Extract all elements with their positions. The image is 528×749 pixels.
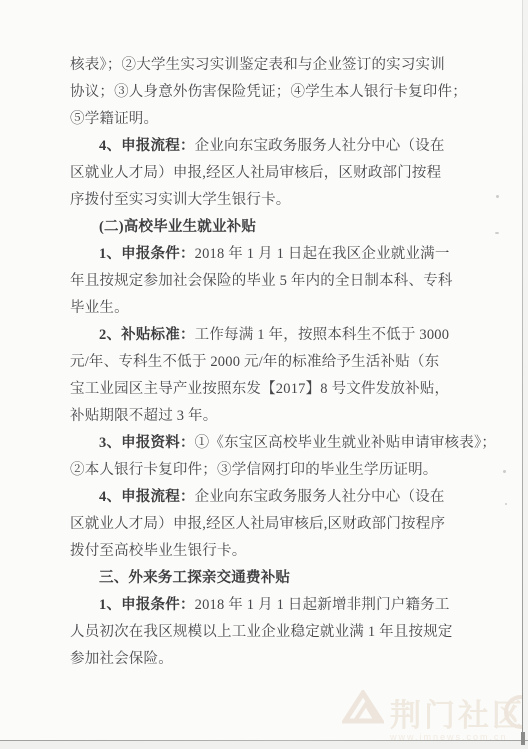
text-segment: 元/年、专科生不低于 2000 元/年的标准给予生活补贴（东 [70,354,439,370]
watermark-text: 荆门社区 [390,701,526,731]
text-line: 人员初次在我区规模以上工业企业稳定就业满 1 年且按规定 [70,619,462,646]
text-segment: 核表》；②大学生实习实训鉴定表和与企业签订的实习实训 [70,57,445,73]
text-line: 元/年、专科生不低于 2000 元/年的标准给予生活补贴（东 [70,349,462,376]
document-text: 核表》；②大学生实习实训鉴定表和与企业签订的实习实训协议；③人身意外伤害保险凭证… [70,52,462,673]
text-segment: 参加社会保险。 [70,651,173,667]
mountain-triangle-logo-icon [342,690,384,729]
text-segment: 年且按规定参加社会保险的毕业 5 年内的全日制本科、专科 [70,273,453,289]
scan-speck [505,503,507,505]
text-segment-bold: 4、申报流程： [99,489,195,505]
text-segment: 2018 年 1 月 1 日起在我区企业就业满一 [195,246,450,262]
text-line: 序拨付至实习实训大学生银行卡。 [70,187,462,214]
text-segment-bold: 1、申报条件： [99,246,195,262]
text-segment: 拨付至高校毕业生银行卡。 [70,543,246,559]
text-segment: 毕业生。 [70,300,129,316]
text-line: 1、申报条件：2018 年 1 月 1 日起在我区企业就业满一 [70,241,462,268]
text-line: 宝工业园区主导产业按照东发【2017】8 号文件发放补贴， [70,376,462,403]
text-line: 1、申报条件：2018 年 1 月 1 日起新增非荆门户籍务工 [70,592,462,619]
scan-right-edge-line [522,0,523,749]
text-line: 三、外来务工探亲交通费补贴 [70,565,462,592]
text-line: 区就业人才局）申报,经区人社局审核后，区财政部门按程 [70,160,462,187]
scan-corner-mark [521,732,525,745]
text-line: 4、申报流程：企业向东宝政务服务人社分中心（设在 [70,484,462,511]
text-line: ②本人银行卡复印件；③学信网打印的毕业生学历证明。 [70,457,462,484]
scanned-document-page: 核表》；②大学生实习实训鉴定表和与企业签订的实习实训协议；③人身意外伤害保险凭证… [0,0,528,749]
watermark: 荆门社区 www.jmnews.com.cn [342,690,526,743]
text-segment: 区就业人才局）申报,经区人社局审核后,区财政部门按程序 [70,516,445,532]
scan-right-margin-strip [523,0,528,749]
text-segment-bold: 4、申报流程： [99,138,195,154]
text-line: 4、申报流程：企业向东宝政务服务人社分中心（设在 [70,133,462,160]
text-segment: 序拨付至实习实训大学生银行卡。 [70,192,291,208]
text-line: (二)高校毕业生就业补贴 [70,214,462,241]
text-segment: 补贴期限不超过 3 年。 [70,408,217,424]
text-segment: 工作每满 1 年，按照本科生不低于 3000 [195,327,450,343]
text-line: 区就业人才局）申报,经区人社局审核后,区财政部门按程序 [70,511,462,538]
text-segment: 协议；③人身意外伤害保险凭证；④学生本人银行卡复印件； [70,84,467,100]
text-segment-bold: (二)高校毕业生就业补贴 [99,219,256,235]
text-segment: 企业向东宝政务服务人社分中心（设在 [195,138,445,154]
text-segment-bold: 2、补贴标准： [99,327,195,343]
text-segment: ①《东宝区高校毕业生就业补贴申请审核表》； [195,435,496,451]
text-segment-bold: 1、申报条件： [99,597,195,613]
text-line: 核表》；②大学生实习实训鉴定表和与企业签订的实习实训 [70,52,462,79]
text-line: 协议；③人身意外伤害保险凭证；④学生本人银行卡复印件； [70,79,462,106]
text-line: 拨付至高校毕业生银行卡。 [70,538,462,565]
text-segment: 2018 年 1 月 1 日起新增非荆门户籍务工 [195,597,450,613]
text-line: 年且按规定参加社会保险的毕业 5 年内的全日制本科、专科 [70,268,462,295]
text-segment: 区就业人才局）申报,经区人社局审核后，区财政部门按程 [70,165,441,181]
text-line: 毕业生。 [70,295,462,322]
scan-speck [503,470,506,473]
text-segment: 企业向东宝政务服务人社分中心（设在 [195,489,445,505]
text-segment: ⑤学籍证明。 [70,111,158,127]
text-segment-bold: 三、外来务工探亲交通费补贴 [99,570,290,586]
text-segment-bold: 3、申报资料： [99,435,195,451]
text-line: 参加社会保险。 [70,646,462,673]
watermark-text-column: 荆门社区 www.jmnews.com.cn [390,701,526,743]
scan-speck [495,232,499,234]
text-segment: 人员初次在我区规模以上工业企业稳定就业满 1 年且按规定 [70,624,453,640]
text-line: 2、补贴标准：工作每满 1 年，按照本科生不低于 3000 [70,322,462,349]
scan-speck [496,195,499,198]
text-line: 3、申报资料：①《东宝区高校毕业生就业补贴申请审核表》； [70,430,462,457]
text-line: 补贴期限不超过 3 年。 [70,403,462,430]
text-segment: ②本人银行卡复印件；③学信网打印的毕业生学历证明。 [70,462,438,478]
text-segment: 宝工业园区主导产业按照东发【2017】8 号文件发放补贴， [70,381,449,397]
scan-bottom-margin-strip [0,741,528,749]
text-line: ⑤学籍证明。 [70,106,462,133]
